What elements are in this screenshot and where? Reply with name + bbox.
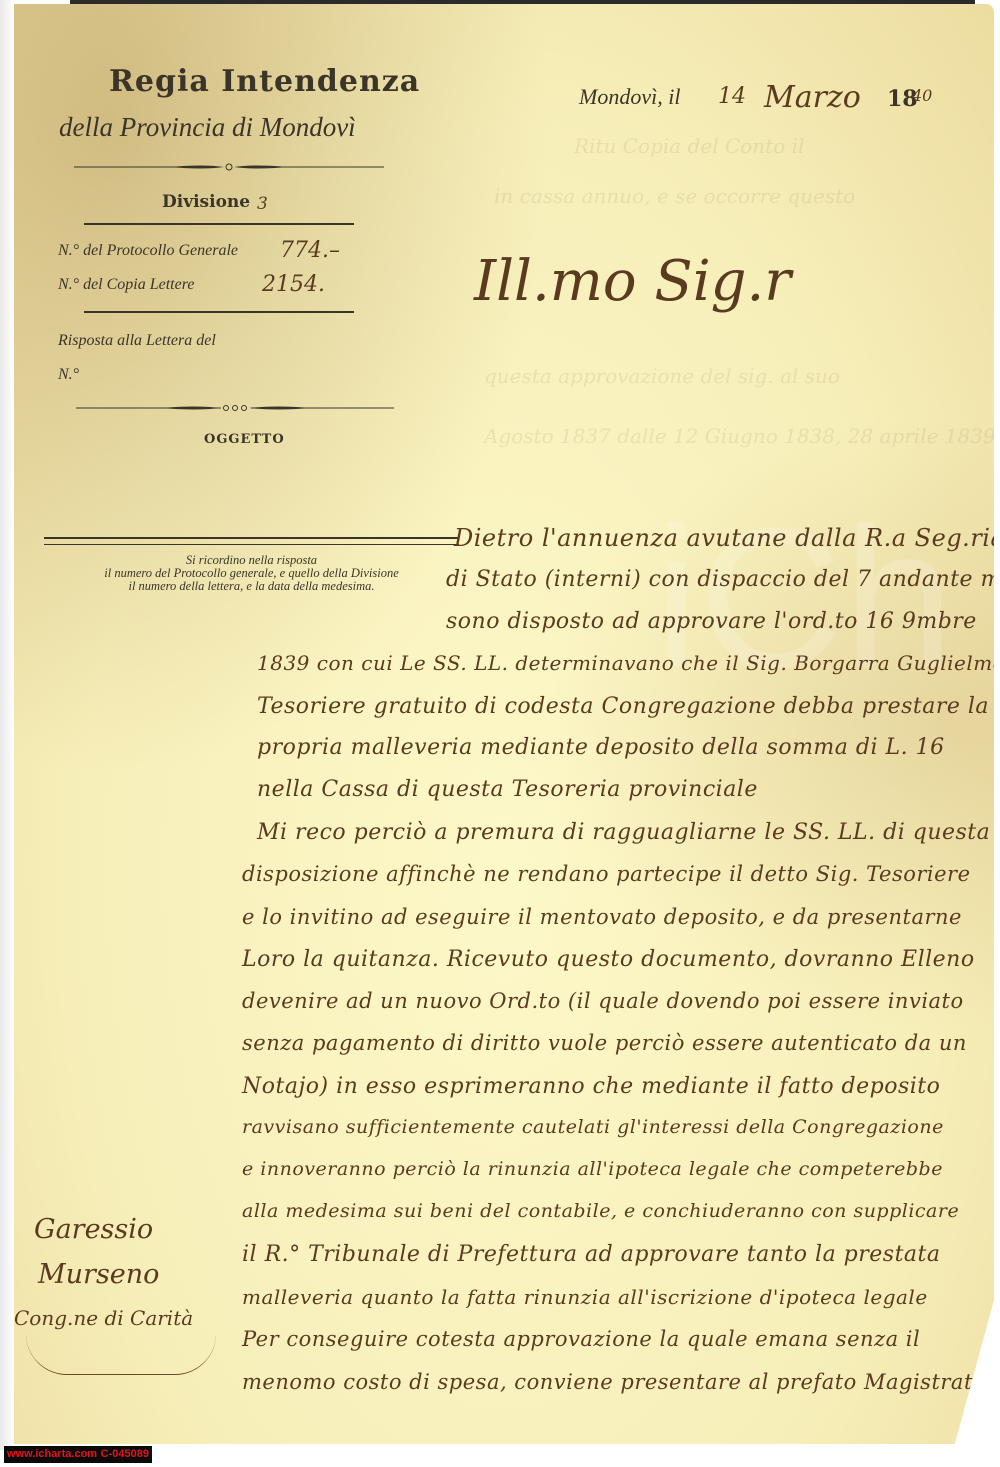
scan-top-edge (70, 0, 975, 4)
body-line: devenire ad un nuovo Ord.to (il quale do… (242, 989, 964, 1013)
copy-letters-value: 2154. (262, 272, 325, 297)
faint-watermark: iCh (654, 484, 954, 714)
division-value: 3 (257, 194, 268, 214)
divider-rule (84, 311, 354, 313)
note-rule (44, 537, 459, 545)
body-line: menomo costo di spesa, conviene presenta… (242, 1370, 986, 1394)
document-page: Ritu Copia del Conto il in cassa annuo, … (14, 4, 994, 1444)
body-line: ravvisano sufficientemente cautelati gl'… (242, 1116, 944, 1138)
body-line: e lo invitino ad eseguire il mentovato d… (242, 905, 962, 929)
letterhead-subtitle: della Provincia di Mondovì (59, 112, 356, 143)
watermark-site: www.icharta.com (7, 1446, 97, 1463)
body-line: di Stato (interni) con dispaccio del 7 a… (446, 567, 1000, 592)
bleed-through-text: Agosto 1837 dalle 12 Giugno 1838, 28 apr… (484, 424, 996, 448)
date-year-handwritten: 40 (912, 86, 932, 105)
bleed-through-text: in cassa annuo, e se occorre questo (494, 184, 855, 208)
bleed-through-text: questa approvazione del sig. al suo (484, 364, 840, 388)
scan-edge-shadow (0, 0, 14, 1450)
body-line: disposizione affinchè ne rendano parteci… (242, 862, 971, 886)
source-watermark: www.icharta.com C-045089 (4, 1446, 152, 1463)
body-line: il R.° Tribunale di Prefettura ad approv… (242, 1242, 941, 1267)
ornament-divider (74, 163, 384, 171)
subject-label: OGGETTO (204, 432, 285, 447)
body-line: Dietro l'annuenza avutane dalla R.a Seg.… (454, 524, 1000, 552)
margin-note-flourish (26, 1334, 216, 1375)
salutation: Ill.mo Sig.r (474, 249, 791, 314)
protocol-label: N.° del Protocollo Generale (58, 242, 238, 260)
margin-note-line: Cong.ne di Carità (14, 1306, 193, 1330)
body-line: Per conseguire cotesta approvazione la q… (242, 1327, 920, 1351)
watermark-code: C-045089 (101, 1446, 149, 1463)
body-line: sono disposto ad approvare l'ord.to 16 9… (446, 609, 977, 634)
bleed-through-text: Ritu Copia del Conto il (574, 134, 804, 158)
ornament-divider (76, 404, 394, 412)
copy-letters-label: N.° del Copia Lettere (58, 276, 194, 294)
reply-number-label: N.° (58, 366, 79, 384)
body-line: senza pagamento di diritto vuole perciò … (242, 1031, 967, 1055)
body-line: Notajo) in esso esprimeranno che mediant… (242, 1074, 940, 1099)
reply-instructions-note: Si ricordino nella risposta il numero de… (44, 554, 459, 593)
division-label: Divisione (162, 192, 250, 212)
body-line: Tesoriere gratuito di codesta Congregazi… (257, 694, 989, 719)
date-month: Marzo (764, 80, 861, 115)
margin-note-line: Murseno (38, 1259, 159, 1290)
body-line: Loro la quitanza. Ricevuto questo docume… (242, 947, 975, 972)
date-place: Mondovì, il (579, 84, 680, 110)
protocol-value: 774.– (280, 238, 340, 263)
body-line: alla medesima sui beni del contabile, e … (242, 1200, 959, 1222)
divider-rule (84, 223, 354, 225)
body-line: e innoveranno perciò la rinunzia all'ipo… (242, 1158, 943, 1180)
body-line: malleveria quanto la fatta rinunzia all'… (242, 1285, 928, 1309)
reply-to-letter-label: Risposta alla Lettera del (58, 332, 216, 350)
date-day: 14 (718, 84, 746, 109)
note-line: il numero della lettera, e la data della… (44, 580, 459, 593)
letterhead-title: Regia Intendenza (109, 64, 420, 99)
body-line: nella Cassa di questa Tesoreria provinci… (257, 777, 758, 802)
body-line: propria malleveria mediante deposito del… (257, 735, 945, 760)
body-line: Mi reco perciò a premura di ragguagliarn… (257, 820, 990, 845)
body-line: 1839 con cui Le SS. LL. determinavano ch… (257, 651, 1000, 675)
margin-note-line: Garessio (34, 1214, 153, 1245)
